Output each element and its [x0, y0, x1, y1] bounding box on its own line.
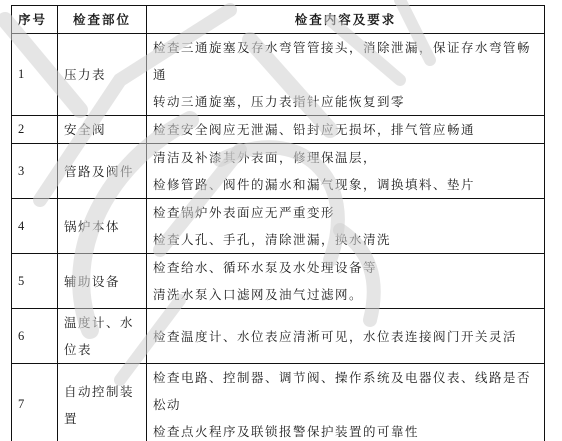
content-line: 检查三通旋塞及存水弯管管接头，消除泄漏，保证存水弯管畅: [153, 34, 538, 61]
table-row: 2 安全阀 检查安全阀应无泄漏、铅封应无损坏，排气管应畅通: [12, 116, 545, 144]
row-serial-no: 5: [12, 254, 58, 309]
row-part: 温度计、水位表: [58, 309, 147, 364]
header-inspection-content: 检查内容及要求: [147, 6, 545, 34]
table-row: 5 辅助设备 检查给水、循环水泵及水处理设备等 清洗水泵入口滤网及油气过滤网。: [12, 254, 545, 309]
content-line: 松动: [153, 391, 538, 418]
header-serial-no: 序号: [12, 6, 58, 34]
row-content: 检查电路、控制器、调节阀、操作系统及电器仪表、线路是否 松动 检查点火程序及联锁…: [147, 364, 545, 441]
table-row: 1 压力表 检查三通旋塞及存水弯管管接头，消除泄漏，保证存水弯管畅 通 转动三通…: [12, 34, 545, 116]
content-line: 检修管路、阀件的漏水和漏气现象，调换填料、垫片: [153, 171, 538, 198]
content-line: 检查安全阀应无泄漏、铅封应无损坏，排气管应畅通: [153, 116, 538, 143]
row-content: 检查温度计、水位表应清淅可见，水位表连接阀门开关灵活: [147, 309, 545, 364]
content-line: 检查锅炉外表面应无严重变形: [153, 199, 538, 226]
row-serial-no: 7: [12, 364, 58, 441]
table-row: 3 管路及阀件 清洁及补漆其外表面，修理保温层， 检修管路、阀件的漏水和漏气现象…: [12, 144, 545, 199]
content-line: 检查给水、循环水泵及水处理设备等: [153, 254, 538, 281]
table-row: 6 温度计、水位表 检查温度计、水位表应清淅可见，水位表连接阀门开关灵活: [12, 309, 545, 364]
row-content: 清洁及补漆其外表面，修理保温层， 检修管路、阀件的漏水和漏气现象，调换填料、垫片: [147, 144, 545, 199]
inspection-table: 序号 检查部位 检查内容及要求 1 压力表 检查三通旋塞及存水弯管管接头，消除泄…: [11, 5, 545, 441]
table-row: 7 自动控制装置 检查电路、控制器、调节阀、操作系统及电器仪表、线路是否 松动 …: [12, 364, 545, 441]
table-row: 4 锅炉本体 检查锅炉外表面应无严重变形 检查人孔、手孔，清除泄漏，换水清洗: [12, 199, 545, 254]
row-serial-no: 2: [12, 116, 58, 144]
content-line: 转动三通旋塞，压力表指针应能恢复到零: [153, 88, 538, 115]
header-inspection-part: 检查部位: [58, 6, 147, 34]
row-content: 检查安全阀应无泄漏、铅封应无损坏，排气管应畅通: [147, 116, 545, 144]
row-part: 压力表: [58, 34, 147, 116]
content-line: 清洗水泵入口滤网及油气过滤网。: [153, 281, 538, 308]
row-part: 自动控制装置: [58, 364, 147, 441]
content-line: 清洁及补漆其外表面，修理保温层，: [153, 144, 538, 171]
content-line: 通: [153, 61, 538, 88]
content-line: 检查电路、控制器、调节阀、操作系统及电器仪表、线路是否: [153, 364, 538, 391]
row-serial-no: 4: [12, 199, 58, 254]
row-part: 辅助设备: [58, 254, 147, 309]
content-line: 检查温度计、水位表应清淅可见，水位表连接阀门开关灵活: [153, 323, 538, 350]
content-line: 检查人孔、手孔，清除泄漏，换水清洗: [153, 226, 538, 253]
row-part: 安全阀: [58, 116, 147, 144]
row-content: 检查给水、循环水泵及水处理设备等 清洗水泵入口滤网及油气过滤网。: [147, 254, 545, 309]
row-part: 管路及阀件: [58, 144, 147, 199]
row-serial-no: 6: [12, 309, 58, 364]
table-header-row: 序号 检查部位 检查内容及要求: [12, 6, 545, 34]
row-serial-no: 3: [12, 144, 58, 199]
row-content: 检查三通旋塞及存水弯管管接头，消除泄漏，保证存水弯管畅 通 转动三通旋塞，压力表…: [147, 34, 545, 116]
row-part: 锅炉本体: [58, 199, 147, 254]
content-line: 检查点火程序及联锁报警保护装置的可靠性: [153, 418, 538, 441]
row-content: 检查锅炉外表面应无严重变形 检查人孔、手孔，清除泄漏，换水清洗: [147, 199, 545, 254]
row-serial-no: 1: [12, 34, 58, 116]
